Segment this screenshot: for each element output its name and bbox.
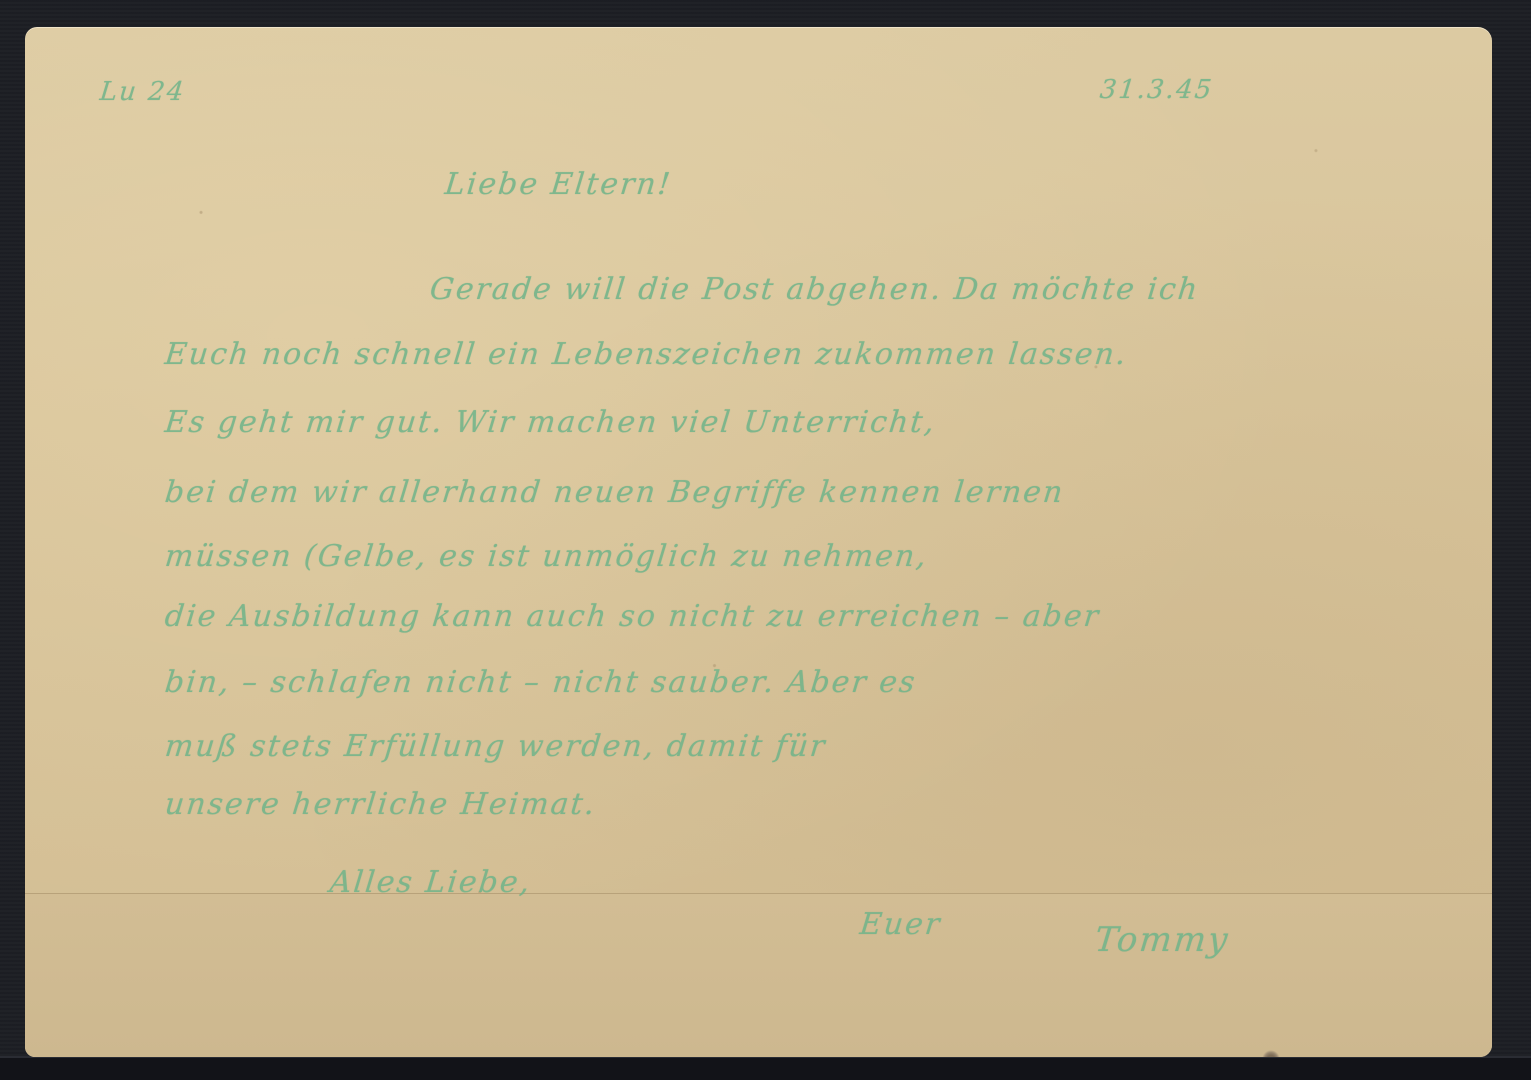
- letter-line-2: Euch noch schnell ein Lebenszeichen zuko…: [163, 337, 1129, 372]
- sign-off: Euer: [858, 907, 943, 942]
- header-left-note: Lu 24: [98, 77, 187, 107]
- postcard-lower-band: [25, 893, 1492, 1057]
- mount-bottom-strip: [0, 1056, 1531, 1080]
- letter-line-5: müssen (Gelbe, es ist unmöglich zu nehme…: [163, 539, 929, 574]
- letter-line-9: unsere herrliche Heimat.: [163, 787, 598, 822]
- letter-line-1: Gerade will die Post abgehen. Da möchte …: [428, 272, 1201, 307]
- header-date: 31.3.45: [1098, 75, 1214, 105]
- salutation: Liebe Eltern!: [443, 167, 673, 202]
- letter-line-7: bin, – schlafen nicht – nicht sauber. Ab…: [163, 665, 918, 700]
- signature: Tommy: [1093, 920, 1231, 960]
- letter-line-8: muß stets Erfüllung werden, damit für: [163, 729, 828, 764]
- letter-line-4: bei dem wir allerhand neuen Begriffe ken…: [163, 475, 1066, 510]
- postcard: Lu 24 31.3.45 Liebe Eltern! Gerade will …: [25, 27, 1492, 1057]
- letter-line-6: die Ausbildung kann auch so nicht zu err…: [163, 599, 1102, 634]
- letter-line-3: Es geht mir gut. Wir machen viel Unterri…: [163, 405, 938, 440]
- closing: Alles Liebe,: [328, 865, 533, 900]
